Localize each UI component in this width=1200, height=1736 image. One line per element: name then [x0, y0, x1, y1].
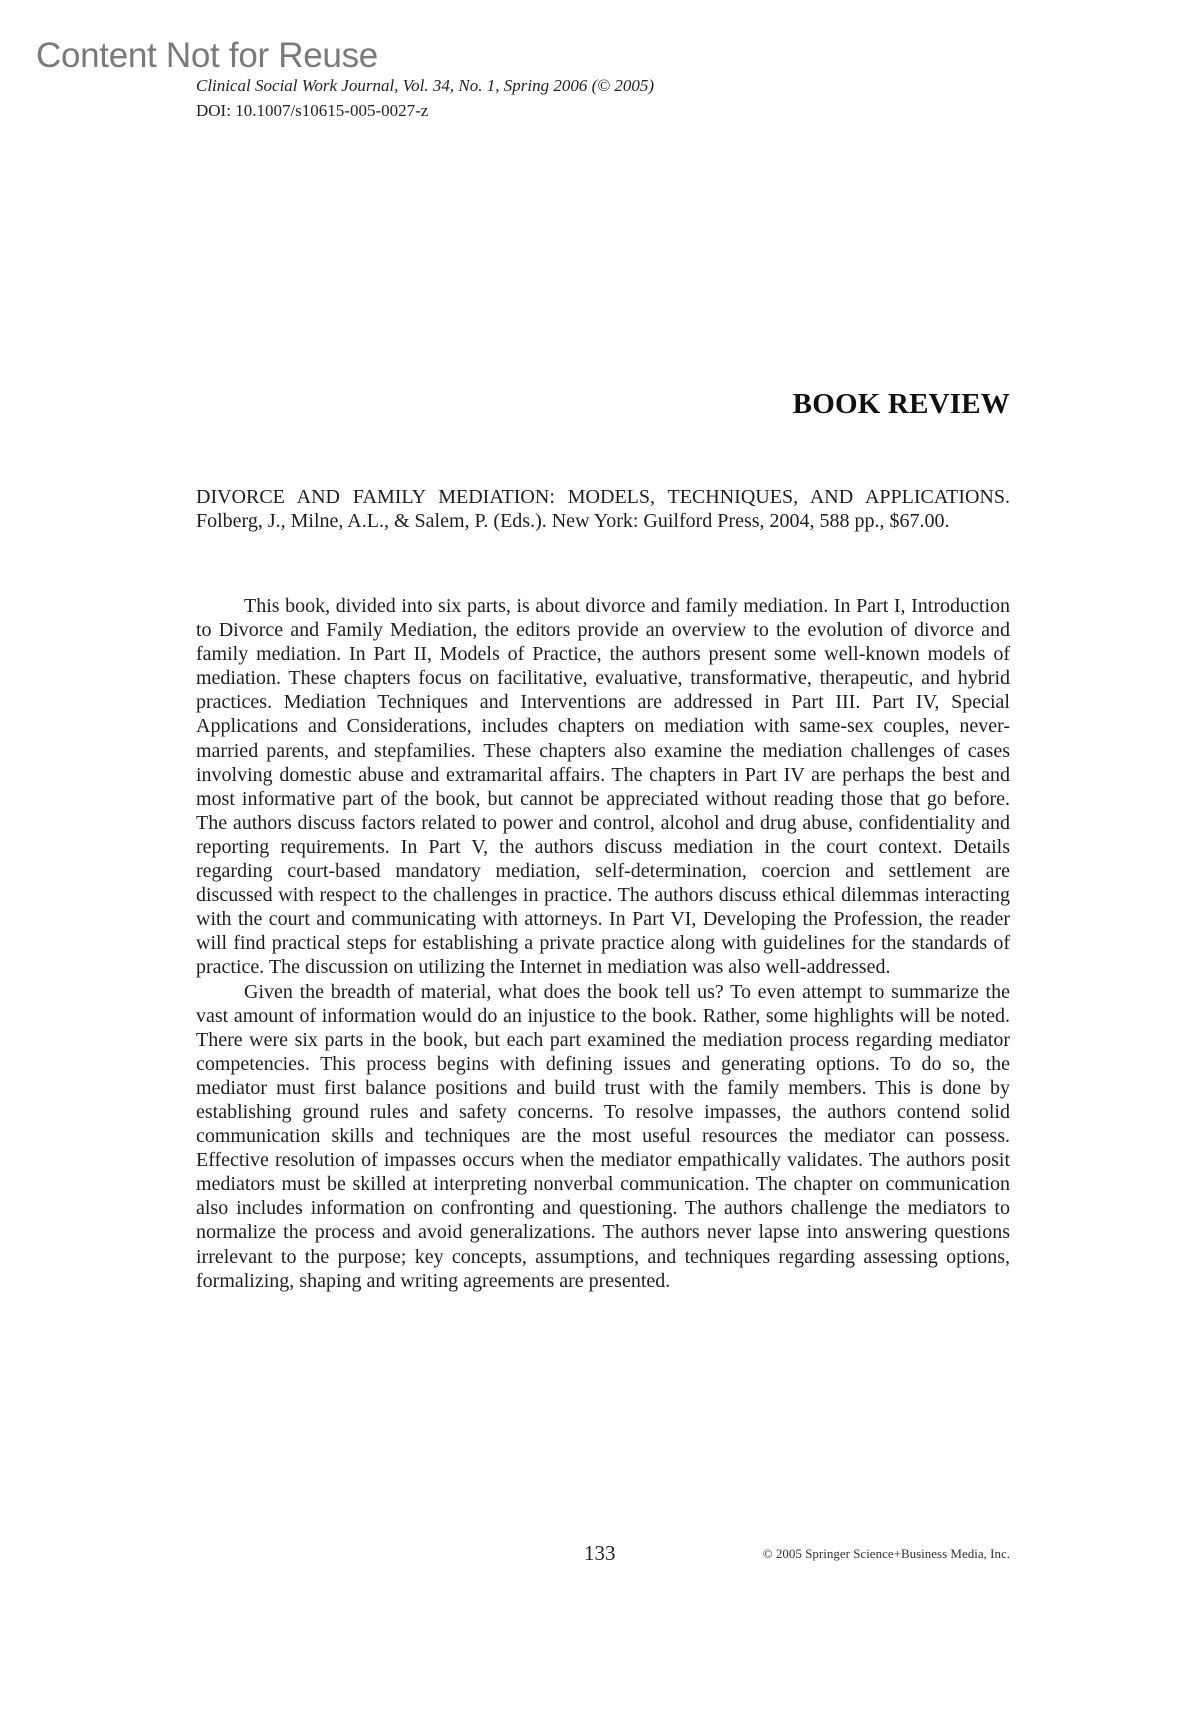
- section-title: BOOK REVIEW: [793, 388, 1010, 421]
- book-citation: DIVORCE AND FAMILY MEDIATION: MODELS, TE…: [196, 485, 1010, 533]
- copyright-notice: © 2005 Springer Science+Business Media, …: [763, 1546, 1010, 1562]
- watermark: Content Not for Reuse: [36, 36, 378, 76]
- review-body: This book, divided into six parts, is ab…: [196, 594, 1010, 1293]
- page-number: 133: [584, 1541, 616, 1566]
- body-paragraph: Given the breadth of material, what does…: [196, 980, 1010, 1293]
- body-paragraph: This book, divided into six parts, is ab…: [196, 594, 1010, 980]
- journal-citation-header: Clinical Social Work Journal, Vol. 34, N…: [196, 76, 654, 96]
- doi-line: DOI: 10.1007/s10615-005-0027-z: [196, 101, 428, 121]
